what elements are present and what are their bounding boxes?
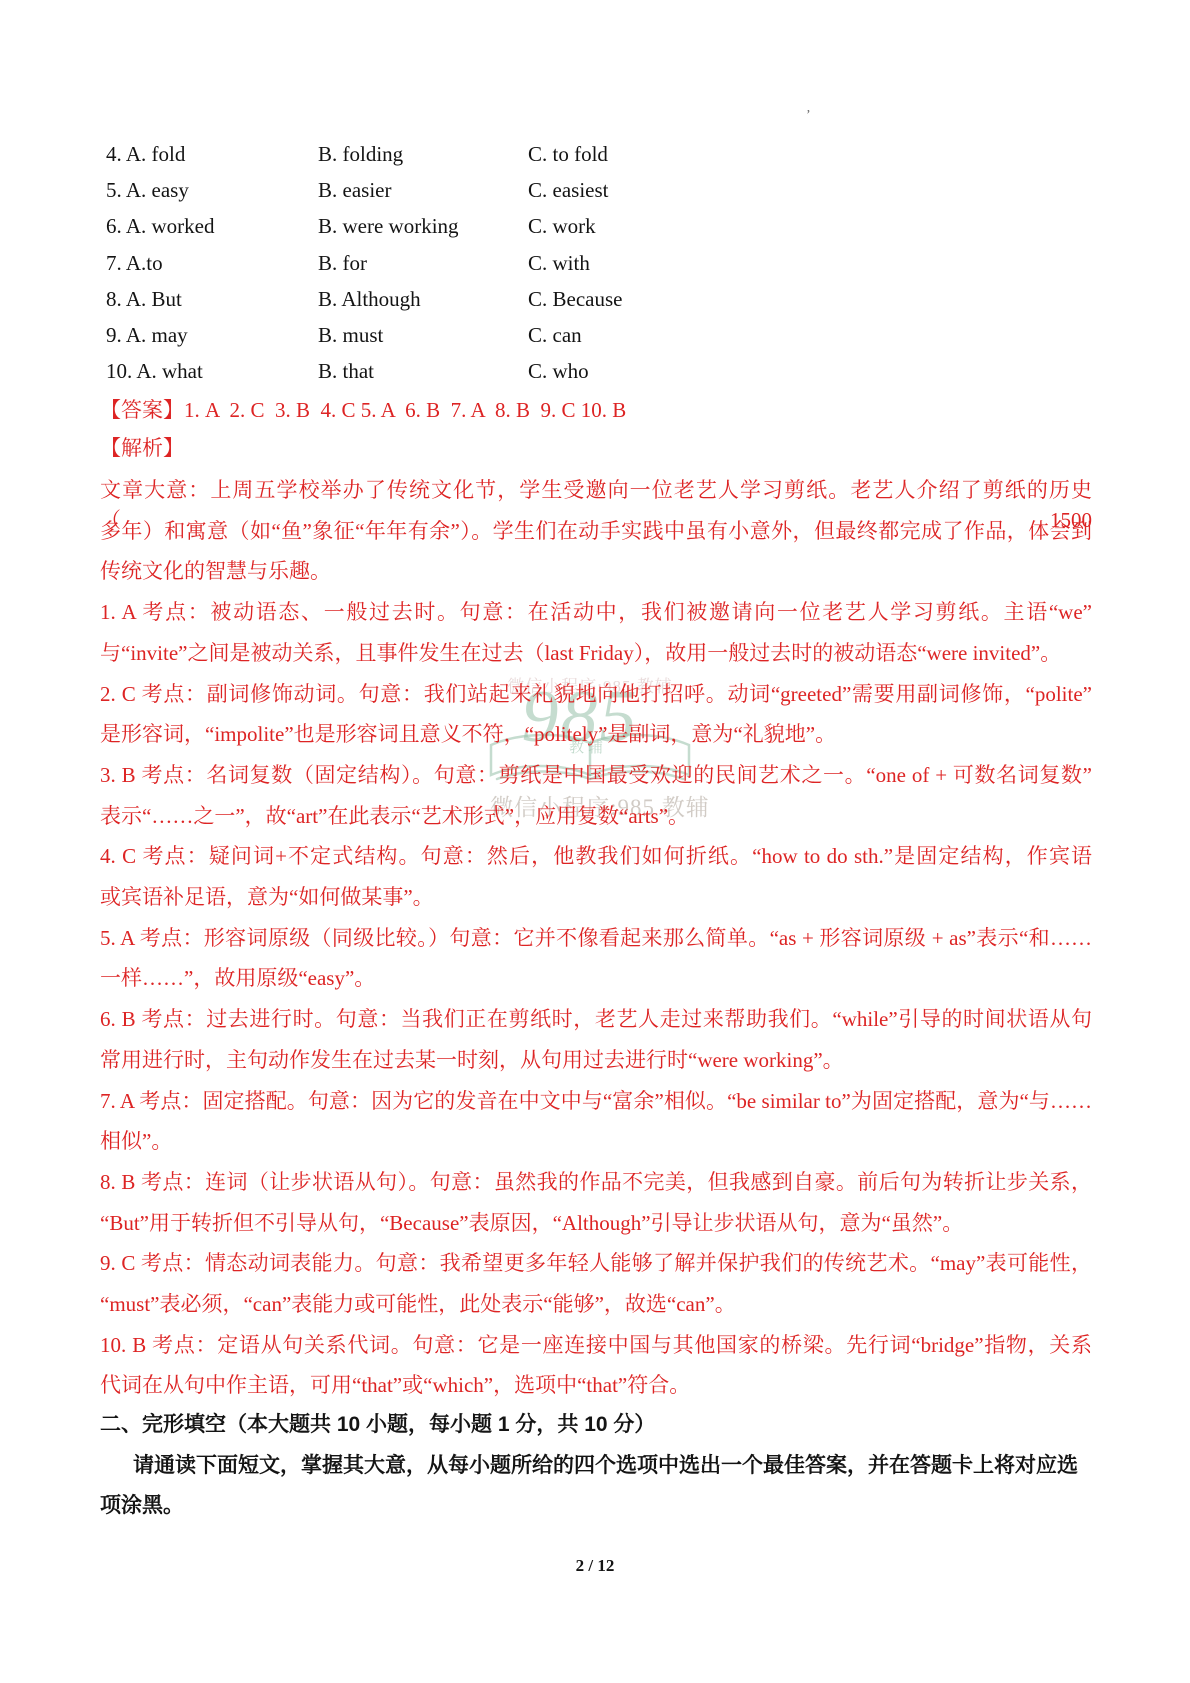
option-a: 8. A. But xyxy=(106,284,318,314)
analysis-line: 4. C 考点：疑问词+不定式结构。句意：然后，他教我们如何折纸。“how to… xyxy=(100,841,1092,871)
analysis-line: 8. B 考点：连词（让步状语从句）。句意：虽然我的作品不完美，但我感到自豪。前… xyxy=(100,1167,1092,1197)
option-c: C. can xyxy=(528,320,582,350)
page-number: 2 / 12 xyxy=(0,1555,1190,1577)
question-row-8: 8. A. ButB. AlthoughC. Because xyxy=(106,284,1106,314)
analysis-line: 5. A 考点：形容词原级（同级比较。）句意：它并不像看起来那么简单。“as +… xyxy=(100,923,1092,953)
option-c: C. to fold xyxy=(528,139,608,169)
option-a: 9. A. may xyxy=(106,320,318,350)
section-2-instructions-line-1: 请通读下面短文，掌握其大意，从每小题所给的四个选项中选出一个最佳答案，并在答题卡… xyxy=(100,1451,1133,1481)
analysis-line: 1. A 考点：被动语态、一般过去时。句意：在活动中，我们被邀请向一位老艺人学习… xyxy=(100,597,1092,627)
option-a: 6. A. worked xyxy=(106,211,318,241)
answers-line: 【答案】1. A 2. C 3. B 4. C 5. A 6. B 7. A 8… xyxy=(100,395,1100,425)
answers-values: 1. A 2. C 3. B 4. C 5. A 6. B 7. A 8. B … xyxy=(184,398,626,422)
option-b: B. that xyxy=(318,356,528,386)
option-b: B. Although xyxy=(318,284,528,314)
stray-mark: ’ xyxy=(806,108,811,124)
analysis-line: 代词在从句中作主语，可用“that”或“which”，选项中“that”符合。 xyxy=(100,1370,1092,1400)
analysis-line: 传统文化的智慧与乐趣。 xyxy=(100,556,1092,586)
question-row-5: 5. A. easyB. easierC. easiest xyxy=(106,175,1106,205)
option-a: 10. A. what xyxy=(106,356,318,386)
question-row-9: 9. A. mayB. mustC. can xyxy=(106,320,1106,350)
analysis-line: 或宾语补足语，意为“如何做某事”。 xyxy=(100,882,1092,912)
option-b: B. easier xyxy=(318,175,528,205)
option-b: B. for xyxy=(318,248,528,278)
option-c: C. Because xyxy=(528,284,622,314)
analysis-line: “But”用于转折但不引导从句，“Because”表原因，“Although”引… xyxy=(100,1208,1092,1238)
option-c: C. who xyxy=(528,356,589,386)
analysis-label: 【解析】 xyxy=(100,433,1092,463)
document-page: 微信小程序:985 教辅 985 教辅 微信小程序:985 教辅 ’ 4. A.… xyxy=(0,0,1190,1683)
analysis-line: 3. B 考点：名词复数（固定结构）。句意：剪纸是中国最受欢迎的民间艺术之一。“… xyxy=(100,760,1092,790)
analysis-line: 一样……”，故用原级“easy”。 xyxy=(100,963,1092,993)
analysis-line: 相似”。 xyxy=(100,1126,1092,1156)
analysis-line: 是形容词，“impolite”也是形容词且意义不符，“politely”是副词，… xyxy=(100,719,1092,749)
analysis-line: 7. A 考点：固定搭配。句意：因为它的发音在中文中与“富余”相似。“be si… xyxy=(100,1086,1092,1116)
section-2-title: 二、完形填空（本大题共 10 小题，每小题 1 分，共 10 分） xyxy=(100,1410,1100,1440)
option-b: B. were working xyxy=(318,211,528,241)
analysis-line: 9. C 考点：情态动词表能力。句意：我希望更多年轻人能够了解并保护我们的传统艺… xyxy=(100,1248,1092,1278)
section-2-instructions-line-2: 项涂黑。 xyxy=(100,1491,1100,1521)
option-c: C. work xyxy=(528,211,596,241)
analysis-line: “must”表必须，“can”表能力或可能性，此处表示“能够”，故选“can”。 xyxy=(100,1289,1092,1319)
option-c: C. with xyxy=(528,248,590,278)
analysis-line: 常用进行时，主句动作发生在过去某一时刻，从句用过去进行时“were workin… xyxy=(100,1045,1092,1075)
question-row-10: 10. A. whatB. thatC. who xyxy=(106,356,1106,386)
analysis-line: 表示“……之一”，故“art”在此表示“艺术形式”，应用复数“arts”。 xyxy=(100,801,1092,831)
analysis-line: 6. B 考点：过去进行时。句意：当我们正在剪纸时，老艺人走过来帮助我们。“wh… xyxy=(100,1004,1092,1034)
option-b: B. must xyxy=(318,320,528,350)
analysis-line: 多年）和寓意（如“鱼”象征“年年有余”）。学生们在动手实践中虽有小意外，但最终都… xyxy=(100,516,1092,546)
question-row-7: 7. A.toB. forC. with xyxy=(106,248,1106,278)
option-a: 7. A.to xyxy=(106,248,318,278)
question-row-4: 4. A. foldB. foldingC. to fold xyxy=(106,139,1106,169)
analysis-line: 10. B 考点：定语从句关系代词。句意：它是一座连接中国与其他国家的桥梁。先行… xyxy=(100,1330,1092,1360)
analysis-line: 与“invite”之间是被动关系，且事件发生在过去（last Friday），故… xyxy=(100,638,1092,668)
analysis-line: 2. C 考点：副词修饰动词。句意：我们站起来礼貌地向他打招呼。动词“greet… xyxy=(100,679,1092,709)
option-b: B. folding xyxy=(318,139,528,169)
option-c: C. easiest xyxy=(528,175,608,205)
question-row-6: 6. A. workedB. were workingC. work xyxy=(106,211,1106,241)
answers-label: 【答案】 xyxy=(100,398,184,422)
option-a: 4. A. fold xyxy=(106,139,318,169)
option-a: 5. A. easy xyxy=(106,175,318,205)
